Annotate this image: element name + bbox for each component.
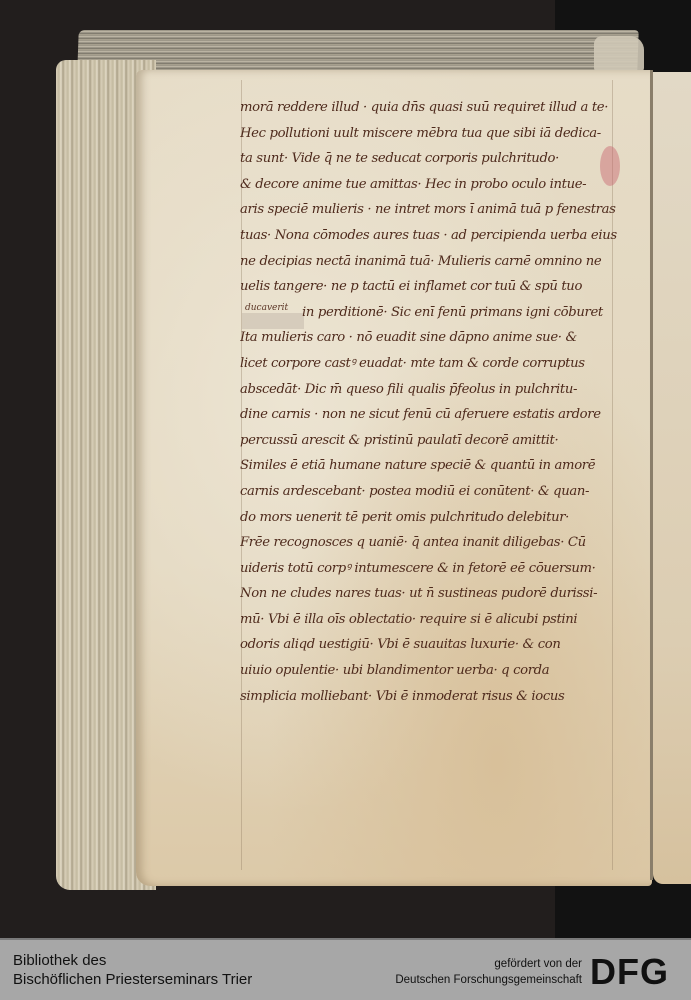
text-line: Hec pollutioni uult miscere mēbra tua qu… bbox=[240, 121, 620, 147]
dfg-logo: DFG bbox=[590, 954, 669, 990]
facing-page-edge bbox=[653, 72, 691, 884]
library-name: Bibliothek des Bischöflichen Priestersem… bbox=[13, 951, 252, 989]
book-top-edge bbox=[77, 30, 638, 72]
funding-notice: gefördert von der Deutschen Forschungsge… bbox=[356, 956, 582, 988]
text-line: Ita mulieris caro · nō euadit sine dāpno… bbox=[240, 325, 620, 351]
text-line: simplicia molliebant· Vbi ē inmoderat ri… bbox=[240, 684, 620, 710]
text-line: carnis ardescebant· postea modiū ei conū… bbox=[240, 479, 620, 505]
library-name-line1: Bibliothek des bbox=[13, 951, 252, 970]
text-line: tuas· Nona cōmodes aures tuas · ad perci… bbox=[240, 223, 620, 249]
library-name-line2: Bischöflichen Priesterseminars Trier bbox=[13, 970, 252, 989]
text-line: in perditionē· Sic enī fenū primans igni… bbox=[240, 300, 620, 326]
funding-line1: gefördert von der bbox=[356, 956, 582, 972]
text-line: uiuio opulentie· ubi blandimentor uerba·… bbox=[240, 658, 620, 684]
text-line: aris speciē mulieris · ne intret mors ī … bbox=[240, 197, 620, 223]
text-line: do mors uenerit tē perit omis pulchritud… bbox=[240, 505, 620, 531]
funding-line2: Deutschen Forschungsgemeinschaft bbox=[356, 972, 582, 988]
text-line: odoris aliqd uestigiū· Vbi ē suauitas lu… bbox=[240, 632, 620, 658]
text-line: mū· Vbi ē illa oīs oblectatio· require s… bbox=[240, 607, 620, 633]
text-line: licet corpore castꝰ euadat· mte tam & co… bbox=[240, 351, 620, 377]
text-line: percussū arescit & pristinū paulatī deco… bbox=[240, 428, 620, 454]
text-line: uideris totū corpꝰ intumescere & in feto… bbox=[240, 556, 620, 582]
text-line: uelis tangere· ne p tactū ei inflamet co… bbox=[240, 274, 620, 300]
manuscript-text: morā reddere illud · quia dn̄s quasi suū… bbox=[240, 95, 620, 709]
text-line: morā reddere illud · quia dn̄s quasi suū… bbox=[240, 95, 620, 121]
text-line: Similes ē etiā humane nature speciē & qu… bbox=[240, 453, 620, 479]
binding-clasp bbox=[594, 36, 644, 72]
text-line: Non ne cludes nares tuas· ut n̄ sustinea… bbox=[240, 581, 620, 607]
text-line: Frēe recognosces q uaniē· q̄ antea inani… bbox=[240, 530, 620, 556]
footer-banner: Bibliothek des Bischöflichen Priestersem… bbox=[0, 938, 691, 1000]
text-line: & decore anime tue amittas· Hec in probo… bbox=[240, 172, 620, 198]
text-line: ne decipias nectā inanimā tuā· Mulieris … bbox=[240, 249, 620, 275]
manuscript-viewer: ducaverit morā reddere illud · quia dn̄s… bbox=[0, 0, 691, 938]
text-line: abscedāt· Dic m̄ queso fili qualis p̄feo… bbox=[240, 377, 620, 403]
text-line: ta sunt· Vide q̄ ne te seducat corporis … bbox=[240, 146, 620, 172]
text-line: dine carnis · non ne sicut fenū cū aferu… bbox=[240, 402, 620, 428]
